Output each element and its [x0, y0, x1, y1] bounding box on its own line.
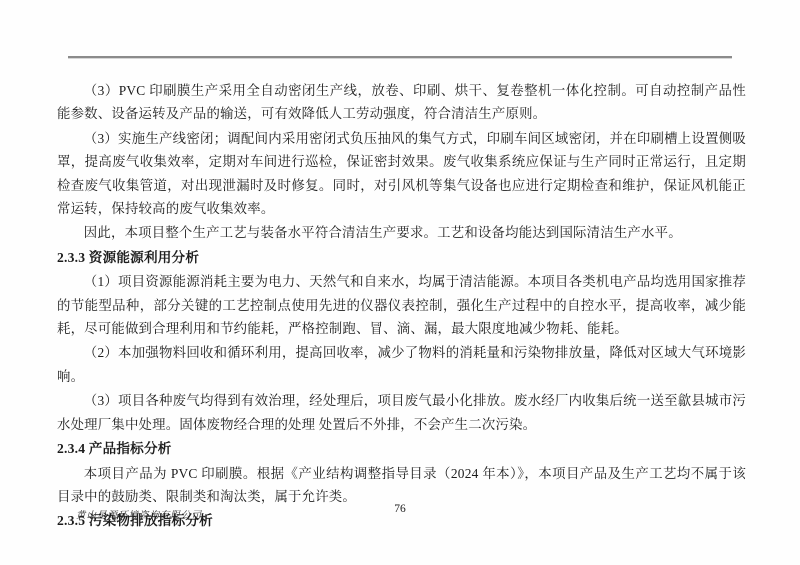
paragraph-pvc-production-line: （3）PVC 印刷膜生产采用全自动密闭生产线，放卷、印刷、烘干、复卷整机一体化控…: [57, 79, 746, 126]
paragraph-sealed-production: （3）实施生产线密闭；调配间内采用密闭式负压抽风的集气方式，印刷车间区域密闭，并…: [57, 127, 746, 221]
header-separator-line: [68, 56, 732, 59]
paragraph-waste-gas-treatment: （3）项目各种废气均得到有效治理，经处理后，项目废气最小化排放。废水经厂内收集后…: [57, 389, 746, 436]
footer-page-number: 76: [0, 503, 800, 515]
document-body: （3）PVC 印刷膜生产采用全自动密闭生产线，放卷、印刷、烘干、复卷整机一体化控…: [57, 79, 746, 534]
paragraph-energy-consumption: （1）项目资源能源消耗主要为电力、天然气和自来水，均属于清洁能源。本项目各类机电…: [57, 270, 746, 340]
page-footer: 黄山星源环境咨询有限公司 76: [0, 503, 800, 523]
paragraph-product-catalog: 本项目产品为 PVC 印刷膜。根据《产业结构调整指导目录（2024 年本）》，本…: [57, 462, 746, 509]
document-page: （3）PVC 印刷膜生产采用全自动密闭生产线，放卷、印刷、烘干、复卷整机一体化控…: [0, 0, 800, 565]
paragraph-material-recycling: （2）本加强物料回收和循环利用，提高回收率，减少了物料的消耗量和污染物排放量，降…: [57, 341, 746, 388]
paragraph-clean-production-conclusion: 因此，本项目整个生产工艺与装备水平符合清洁生产要求。工艺和设备均能达到国际清洁生…: [57, 221, 746, 244]
section-heading-2-3-4: 2.3.4 产品指标分析: [57, 437, 746, 460]
section-heading-2-3-3: 2.3.3 资源能源利用分析: [57, 246, 746, 269]
